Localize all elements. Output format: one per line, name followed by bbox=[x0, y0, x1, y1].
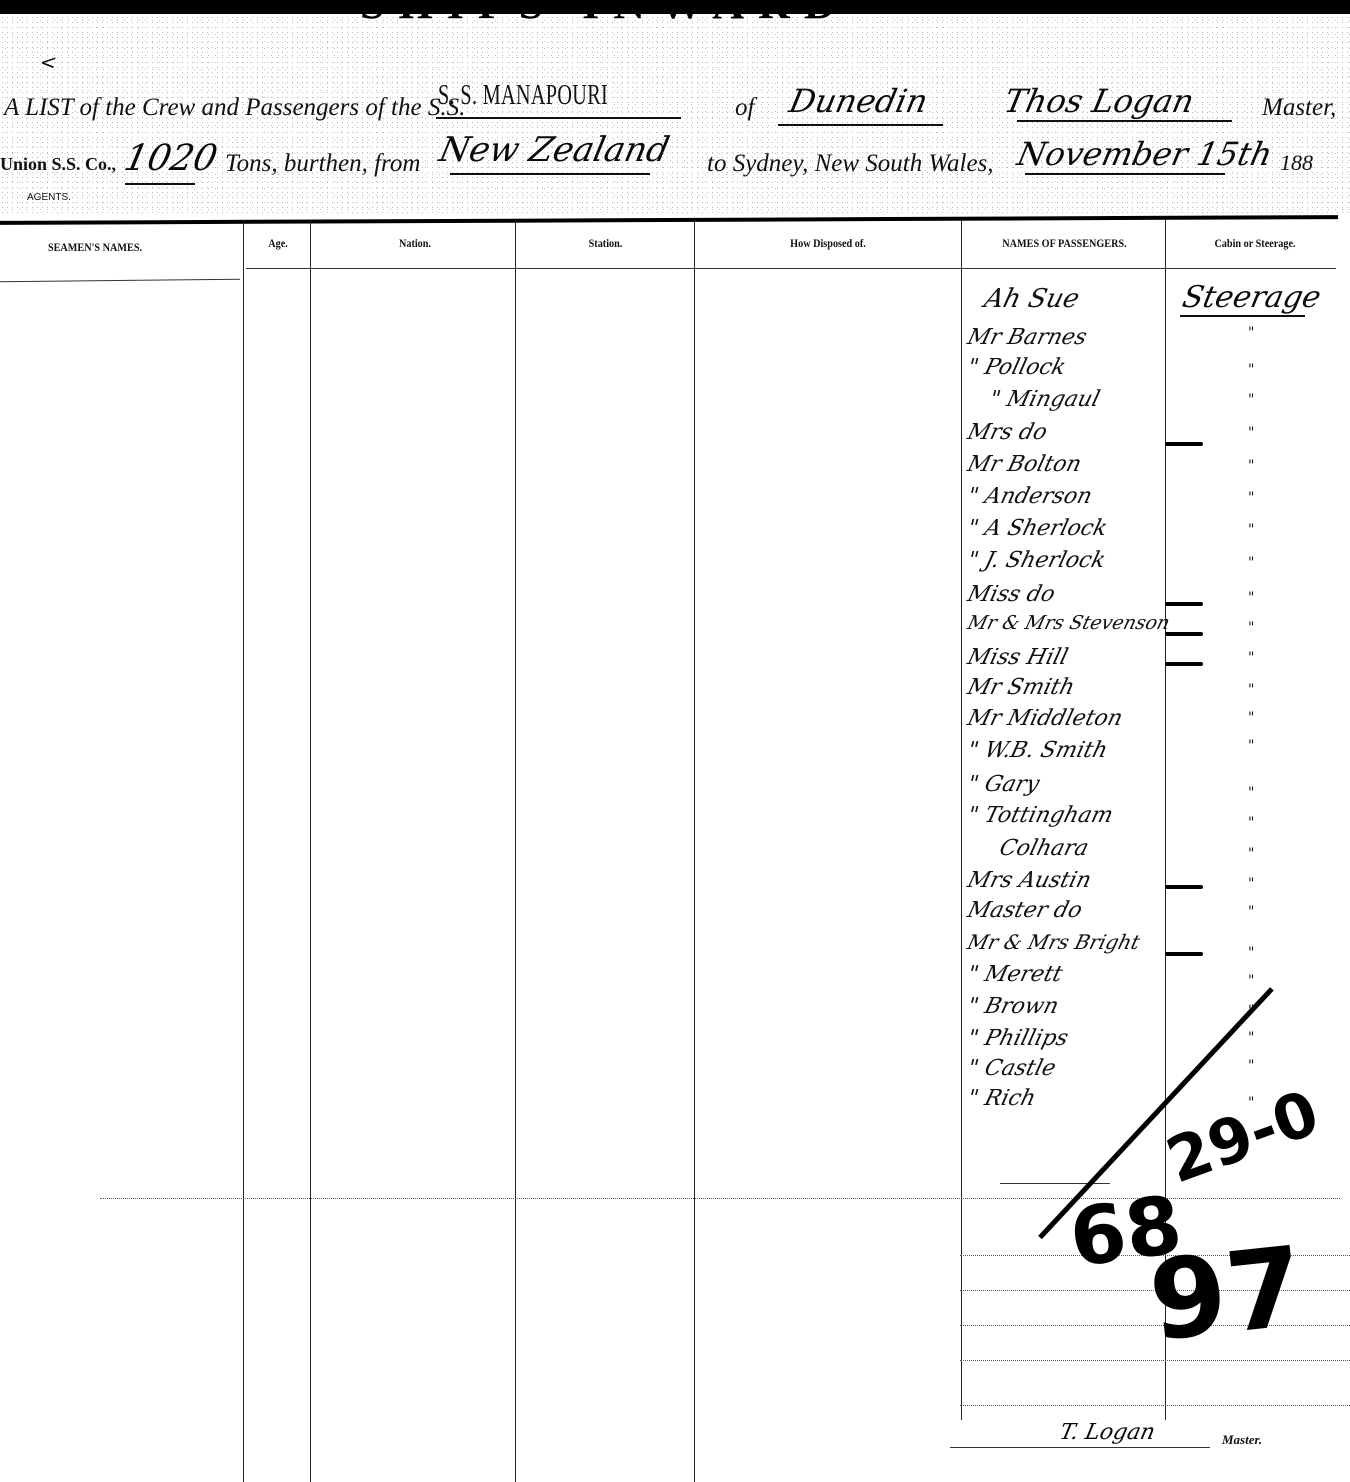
table-top-rule bbox=[0, 215, 1338, 225]
ruled-line bbox=[960, 1405, 1350, 1406]
class-steerage: Steerage bbox=[1179, 280, 1324, 315]
ship-name-underline bbox=[436, 117, 681, 119]
ditto-mark: " bbox=[1248, 1058, 1254, 1074]
arrival-date: November 15th bbox=[1014, 135, 1276, 173]
total-top: 29-0 bbox=[1157, 1076, 1328, 1198]
ditto-mark: " bbox=[1248, 973, 1254, 989]
master-name: Thos Logan bbox=[1001, 82, 1198, 120]
agents-label: AGENTS. bbox=[27, 192, 71, 203]
ditto-mark: " bbox=[1248, 590, 1254, 606]
col-header-how-disposed: How Disposed of. bbox=[718, 236, 939, 251]
col-header-station: Station. bbox=[531, 236, 680, 251]
passenger-name: " Merett bbox=[965, 962, 1065, 987]
dash-mark bbox=[1165, 602, 1203, 606]
ditto-mark: " bbox=[1248, 362, 1254, 378]
ditto-mark: " bbox=[1248, 392, 1254, 408]
tonnage: 1020 bbox=[121, 138, 221, 179]
passenger-name: " J. Sherlock bbox=[965, 548, 1108, 573]
ditto-mark: " bbox=[1248, 815, 1254, 831]
col-header-nation: Nation. bbox=[330, 236, 500, 251]
master-signature: T. Logan bbox=[1057, 1420, 1157, 1445]
passenger-name: " Anderson bbox=[965, 484, 1095, 509]
ditto-mark: " bbox=[1248, 682, 1254, 698]
ditto-mark: " bbox=[1248, 650, 1254, 666]
passenger-name: Mrs do bbox=[965, 420, 1050, 445]
ditto-mark: " bbox=[1248, 490, 1254, 506]
passenger-name: " Tottingham bbox=[965, 803, 1116, 828]
passenger-name: " Brown bbox=[965, 994, 1061, 1019]
ditto-mark: " bbox=[1248, 738, 1254, 754]
passenger-name: " Gary bbox=[965, 772, 1042, 797]
passenger-name: Mr Bolton bbox=[965, 452, 1084, 477]
list-heading-prefix: A LIST of the Crew and Passengers of the… bbox=[4, 94, 465, 122]
master-label: Master, bbox=[1262, 94, 1336, 122]
from-port-underline bbox=[450, 173, 650, 175]
passenger-name: Colhara bbox=[997, 836, 1091, 861]
footer-master-label: Master. bbox=[1222, 1432, 1262, 1448]
from-port: New Zealand bbox=[436, 130, 673, 170]
column-divider bbox=[310, 220, 311, 1482]
master-name-underline bbox=[1017, 120, 1232, 122]
ship-name: S. S. MANAPOURI bbox=[438, 80, 608, 112]
column-divider bbox=[515, 220, 516, 1482]
of-label: of bbox=[735, 94, 754, 122]
agent-name: Union S.S. Co., bbox=[0, 154, 116, 175]
ditto-mark: " bbox=[1248, 458, 1254, 474]
dash-mark bbox=[1165, 632, 1203, 636]
dash-mark bbox=[1165, 662, 1203, 666]
year: 188 bbox=[1280, 150, 1313, 176]
passenger-name: " W.B. Smith bbox=[965, 738, 1110, 763]
ditto-mark: " bbox=[1248, 1030, 1254, 1046]
ditto-mark: " bbox=[1248, 846, 1254, 862]
ditto-mark: " bbox=[1248, 620, 1254, 636]
col-header-passenger-names: NAMES OF PASSENGERS. bbox=[977, 236, 1151, 251]
ditto-mark: " bbox=[1248, 425, 1254, 441]
ditto-mark: " bbox=[1248, 904, 1254, 920]
col-header-age: Age. bbox=[253, 236, 304, 251]
ditto-mark: " bbox=[1248, 710, 1254, 726]
tons-label: Tons, burthen, from bbox=[225, 150, 420, 178]
header-rule bbox=[0, 279, 240, 283]
passenger-name: Ah Sue bbox=[981, 284, 1082, 314]
passenger-name: Mr Smith bbox=[965, 675, 1077, 700]
home-port-underline bbox=[778, 124, 943, 126]
to-label: to Sydney, New South Wales, bbox=[707, 150, 994, 178]
passenger-name: " Pollock bbox=[965, 355, 1068, 380]
passenger-name: Mr Barnes bbox=[965, 325, 1090, 350]
tonnage-underline bbox=[125, 183, 195, 185]
col-header-cabin-steerage: Cabin or Steerage. bbox=[1183, 236, 1328, 251]
passenger-name: " Castle bbox=[965, 1056, 1058, 1081]
passenger-name: Miss do bbox=[965, 582, 1058, 607]
passenger-name: Mr & Mrs Stevenson bbox=[965, 612, 1172, 634]
passenger-name: " Rich bbox=[965, 1086, 1038, 1111]
passenger-name: Mr & Mrs Bright bbox=[965, 930, 1143, 954]
passenger-name: " Phillips bbox=[965, 1026, 1071, 1051]
ditto-mark: " bbox=[1248, 945, 1254, 961]
passenger-name: Miss Hill bbox=[965, 645, 1071, 670]
passenger-name: Mr Middleton bbox=[965, 706, 1125, 731]
dash-mark bbox=[1165, 952, 1203, 956]
ruled-line bbox=[960, 1360, 1350, 1361]
dash-mark bbox=[1165, 885, 1203, 889]
column-divider bbox=[243, 220, 244, 1482]
passenger-name: Mrs Austin bbox=[965, 868, 1094, 893]
ditto-mark: " bbox=[1248, 876, 1254, 892]
column-divider bbox=[694, 220, 695, 1482]
ditto-mark: " bbox=[1248, 785, 1254, 801]
passenger-name: " Mingaul bbox=[987, 387, 1102, 412]
banner-title: SHIPS INWARD bbox=[360, 0, 850, 29]
date-underline bbox=[1025, 173, 1225, 175]
col-header-seamens-names: SEAMEN'S NAMES. bbox=[31, 240, 159, 255]
header-rule bbox=[246, 268, 1336, 269]
total-bottom: 97 bbox=[1144, 1222, 1310, 1365]
signature-line bbox=[950, 1447, 1210, 1448]
ditto-mark: " bbox=[1248, 325, 1254, 341]
home-port: Dunedin bbox=[786, 82, 931, 120]
ditto-mark: " bbox=[1248, 555, 1254, 571]
ditto-mark: " bbox=[1248, 522, 1254, 538]
passenger-name: " A Sherlock bbox=[965, 516, 1110, 541]
passenger-name: Master do bbox=[965, 898, 1085, 923]
steerage-underline bbox=[1180, 315, 1305, 317]
dash-mark bbox=[1165, 442, 1203, 446]
column-divider bbox=[961, 220, 962, 1420]
